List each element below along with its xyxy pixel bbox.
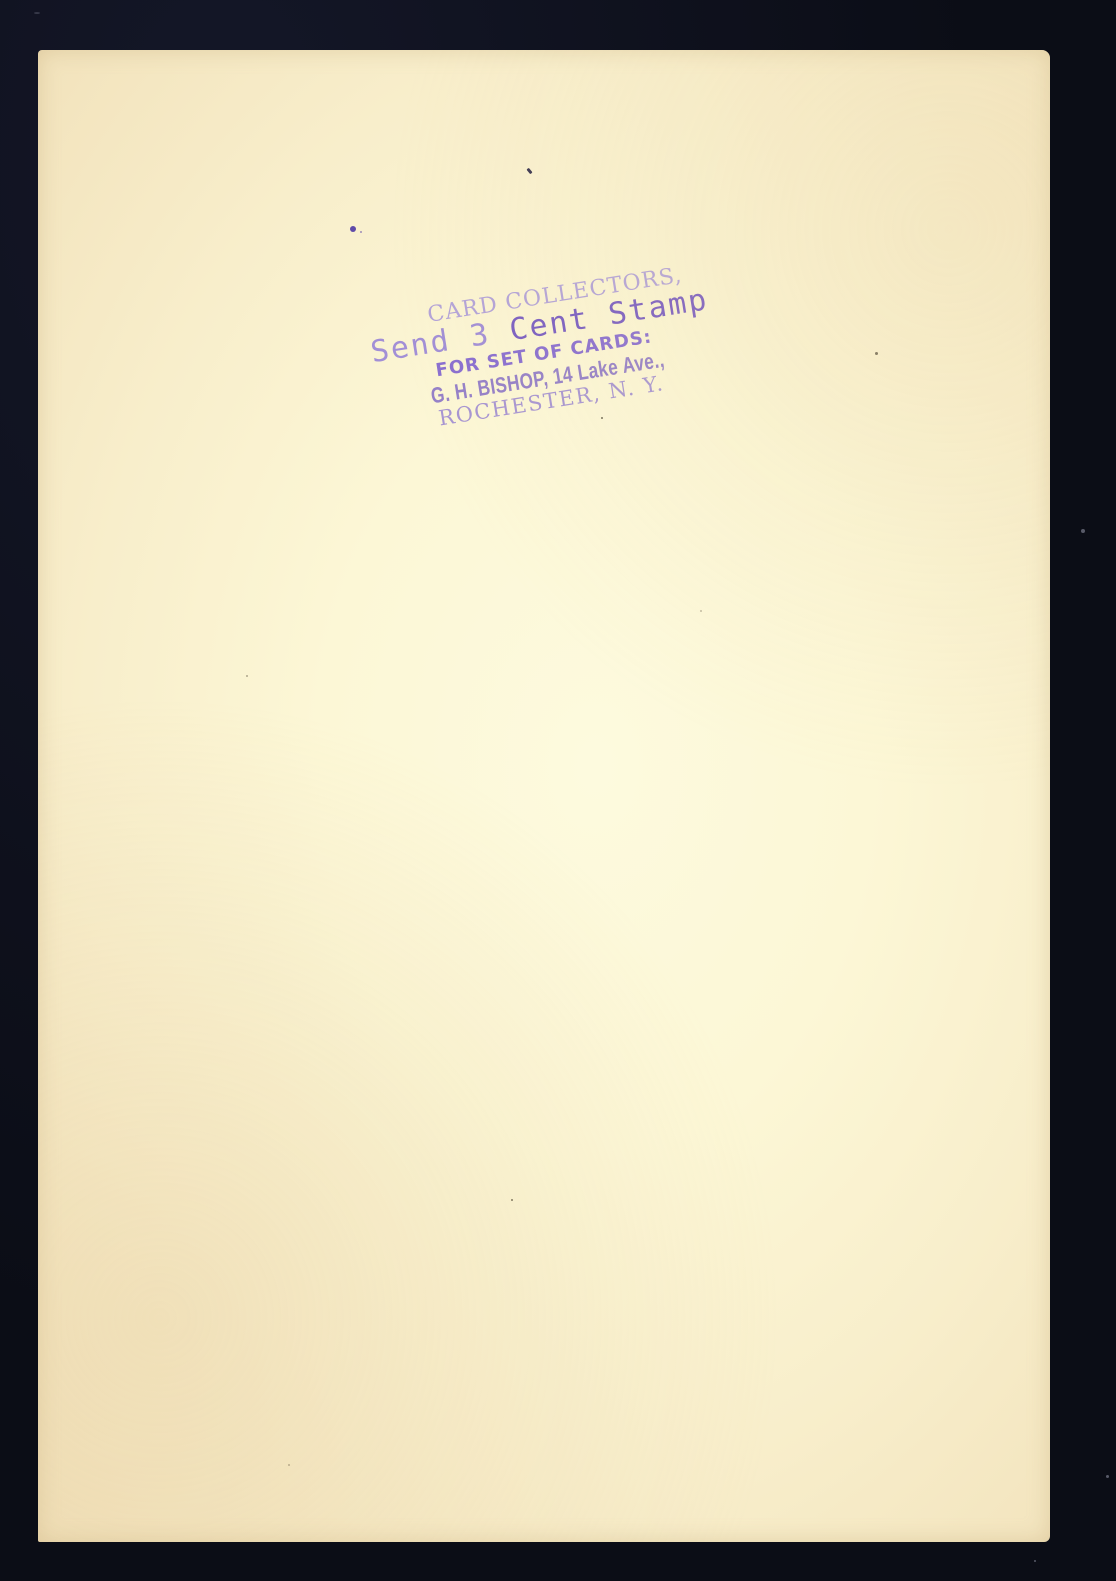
ink-speck [350, 226, 356, 232]
dust-dot [246, 675, 248, 677]
ink-speck [360, 231, 362, 233]
dust-dot [875, 352, 878, 355]
rubber-stamp: CARD COLLECTORS, Send 3 Cent Stamp FOR S… [323, 234, 774, 527]
ink-speck [526, 168, 532, 175]
dust-dot [288, 1464, 290, 1466]
dust-fleck [1081, 529, 1085, 533]
dust-fleck [1106, 1475, 1109, 1478]
dust-dot [700, 610, 702, 612]
card-back: CARD COLLECTORS, Send 3 Cent Stamp FOR S… [38, 50, 1050, 1542]
dust-fleck [1034, 1560, 1036, 1562]
dust-dot [511, 1199, 513, 1201]
dust-fleck [34, 12, 40, 14]
